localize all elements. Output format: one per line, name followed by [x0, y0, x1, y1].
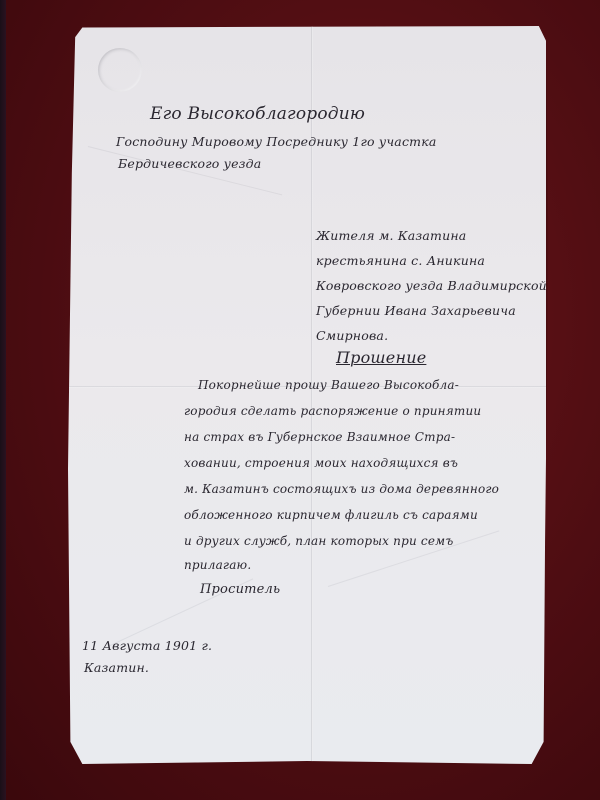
body-line-3: на страх въ Губернское Взаимное Стра-	[184, 430, 455, 444]
place-text: Казатин.	[84, 660, 149, 675]
petitioner-line-4: Губернии Ивана Захарьевича	[316, 303, 516, 318]
document-heading: Прошение	[336, 348, 426, 367]
petitioner-line-1: Жителя м. Казатина	[316, 228, 466, 243]
addressee-title: Его Высокоблагородию	[150, 104, 365, 124]
body-line-2: городия сделать распоряжение о принятии	[184, 404, 481, 418]
body-line-8: прилагаю.	[184, 558, 251, 572]
date-text: 11 Августа 1901 г.	[82, 638, 212, 653]
signature-label: Проситель	[200, 582, 280, 597]
addressee-line-1: Господину Мировому Посреднику 1го участк…	[116, 134, 437, 149]
body-line-4: ховании, строения моих находящихся въ	[184, 456, 458, 470]
petitioner-line-3: Ковровского уезда Владимирской	[316, 278, 547, 293]
addressee-line-2: Бердичевского уезда	[118, 156, 261, 171]
body-line-7: и других служб, план которых при семъ	[184, 534, 453, 548]
document-sheet: Его Высокоблагородию Господину Мировому …	[68, 26, 546, 764]
body-line-5: м. Казатинъ состоящихъ из дома деревянно…	[184, 482, 499, 496]
petitioner-line-2: крестьянина с. Аникина	[316, 253, 485, 268]
petitioner-line-5: Смирнова.	[316, 328, 388, 343]
body-line-6: обложенного кирпичем флигиль съ сараями	[184, 508, 478, 522]
body-line-1: Покорнейше прошу Вашего Высокобла-	[198, 378, 459, 392]
embossed-stamp	[98, 48, 142, 92]
background-edge-strip	[0, 0, 6, 800]
